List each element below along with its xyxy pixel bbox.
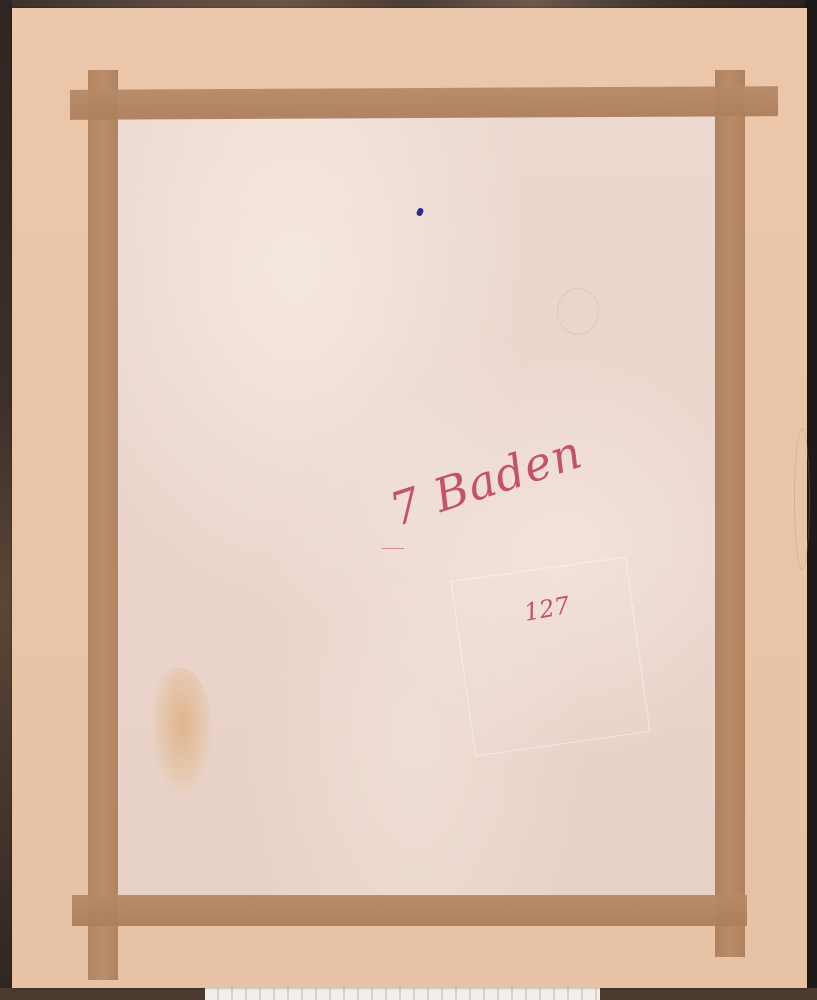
paper-strip [205,988,600,1000]
pencil-mark [794,428,810,570]
tape-right [715,70,745,957]
background-left [0,0,12,1000]
handwriting-dash [382,548,404,549]
faint-mark [557,288,599,335]
tape-top [70,86,778,120]
tape-left [88,70,118,980]
stain-mark [152,668,212,793]
tape-bottom [72,895,747,926]
faint-sketch [451,557,651,757]
mounting-board: 7 Baden 127 [12,8,807,988]
